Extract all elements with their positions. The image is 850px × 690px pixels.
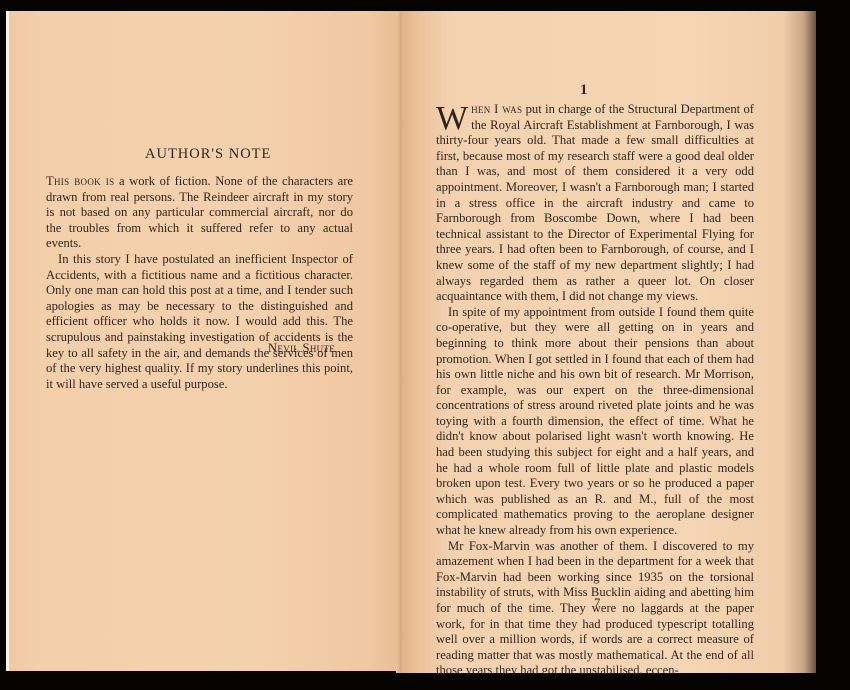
note-paragraph-2: In this story I have postulated an ineff…	[46, 252, 353, 392]
authors-note-body: This book is a work of fiction. None of …	[46, 174, 353, 392]
chapter-body: When I was put in charge of the Structur…	[436, 102, 754, 679]
chapter-paragraph-1: When I was put in charge of the Structur…	[436, 102, 754, 305]
drop-cap: W	[436, 105, 468, 133]
authors-note-title: AUTHOR'S NOTE	[145, 146, 271, 163]
chapter-number: 1	[580, 82, 588, 99]
author-signature: Nevil Shute	[268, 341, 335, 356]
page-number: 7	[594, 596, 600, 611]
note-paragraph-1: This book is a work of fiction. None of …	[46, 174, 353, 252]
chapter-paragraph-2: In spite of my appointment from outside …	[436, 305, 754, 539]
